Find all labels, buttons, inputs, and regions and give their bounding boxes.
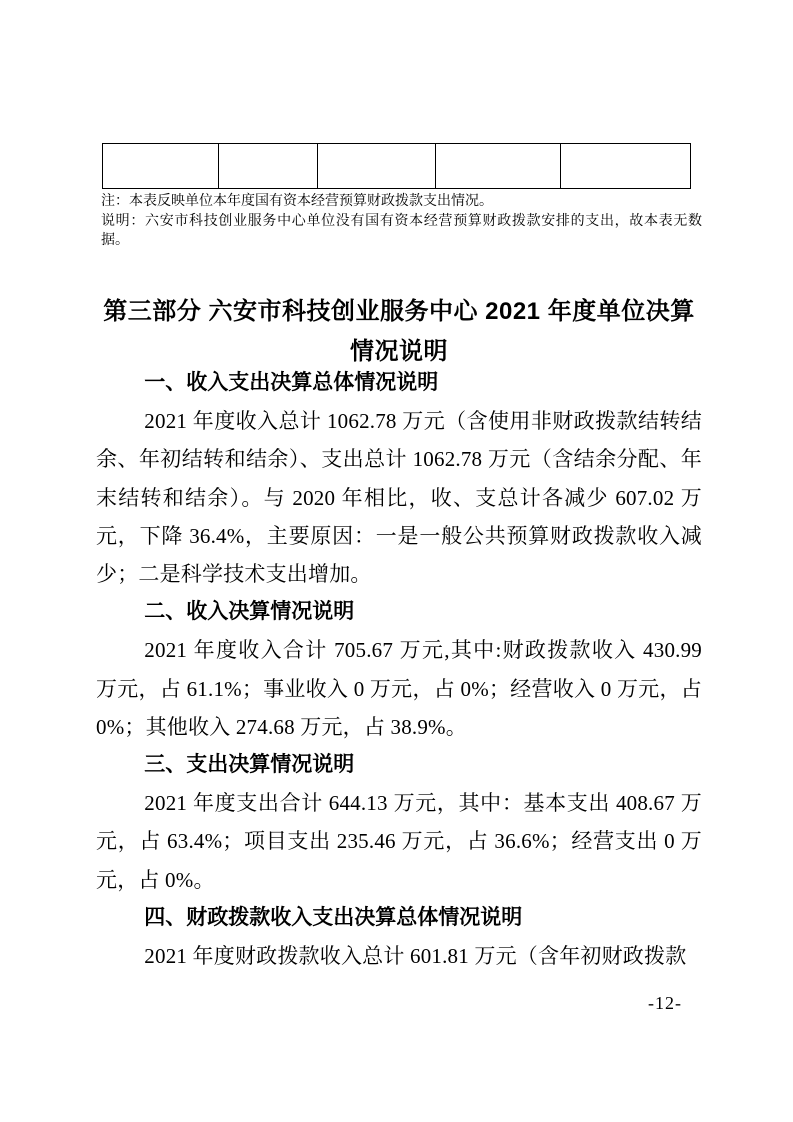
- page-number: -12-: [648, 993, 682, 1014]
- table-explanation: 说明：六安市科技创业服务中心单位没有国有资本经营预算财政拨款安排的支出，故本表无…: [101, 212, 702, 251]
- section-title: 一、收入支出决算总体情况说明: [96, 364, 702, 402]
- section-paragraph: 2021 年度收入合计 705.67 万元,其中:财政拨款收入 430.99 万…: [96, 631, 702, 746]
- section-title: 四、财政拨款收入支出决算总体情况说明: [96, 899, 702, 937]
- section-paragraph: 2021 年度财政拨款收入总计 601.81 万元（含年初财政拨款: [96, 937, 702, 975]
- empty-table-fragment: [102, 143, 691, 189]
- section-paragraph: 2021 年度支出合计 644.13 万元，其中：基本支出 408.67 万元，…: [96, 784, 702, 899]
- section-paragraph: 2021 年度收入总计 1062.78 万元（含使用非财政拨款结转结余、年初结转…: [96, 402, 702, 593]
- table-cell: [103, 144, 219, 189]
- table-cell: [561, 144, 691, 189]
- section-expenditure-detail: 三、支出决算情况说明 2021 年度支出合计 644.13 万元，其中：基本支出…: [96, 746, 702, 899]
- section-income-detail: 二、收入决算情况说明 2021 年度收入合计 705.67 万元,其中:财政拨款…: [96, 593, 702, 746]
- section-title: 二、收入决算情况说明: [96, 593, 702, 631]
- part-heading: 第三部分 六安市科技创业服务中心 2021 年度单位决算情况说明: [96, 292, 702, 372]
- section-title: 三、支出决算情况说明: [96, 746, 702, 784]
- table-row: [103, 144, 691, 189]
- table-note: 注：本表反映单位本年度国有资本经营预算财政拨款支出情况。: [101, 192, 702, 212]
- section-income-expenditure-overview: 一、收入支出决算总体情况说明 2021 年度收入总计 1062.78 万元（含使…: [96, 364, 702, 593]
- table-notes: 注：本表反映单位本年度国有资本经营预算财政拨款支出情况。 说明：六安市科技创业服…: [101, 192, 702, 251]
- section-fiscal-appropriation-overview: 四、财政拨款收入支出决算总体情况说明 2021 年度财政拨款收入总计 601.8…: [96, 899, 702, 975]
- table-cell: [318, 144, 436, 189]
- table-cell: [436, 144, 561, 189]
- table-cell: [219, 144, 318, 189]
- document-body: 一、收入支出决算总体情况说明 2021 年度收入总计 1062.78 万元（含使…: [96, 364, 702, 975]
- document-page: 注：本表反映单位本年度国有资本经营预算财政拨款支出情况。 说明：六安市科技创业服…: [0, 0, 793, 1122]
